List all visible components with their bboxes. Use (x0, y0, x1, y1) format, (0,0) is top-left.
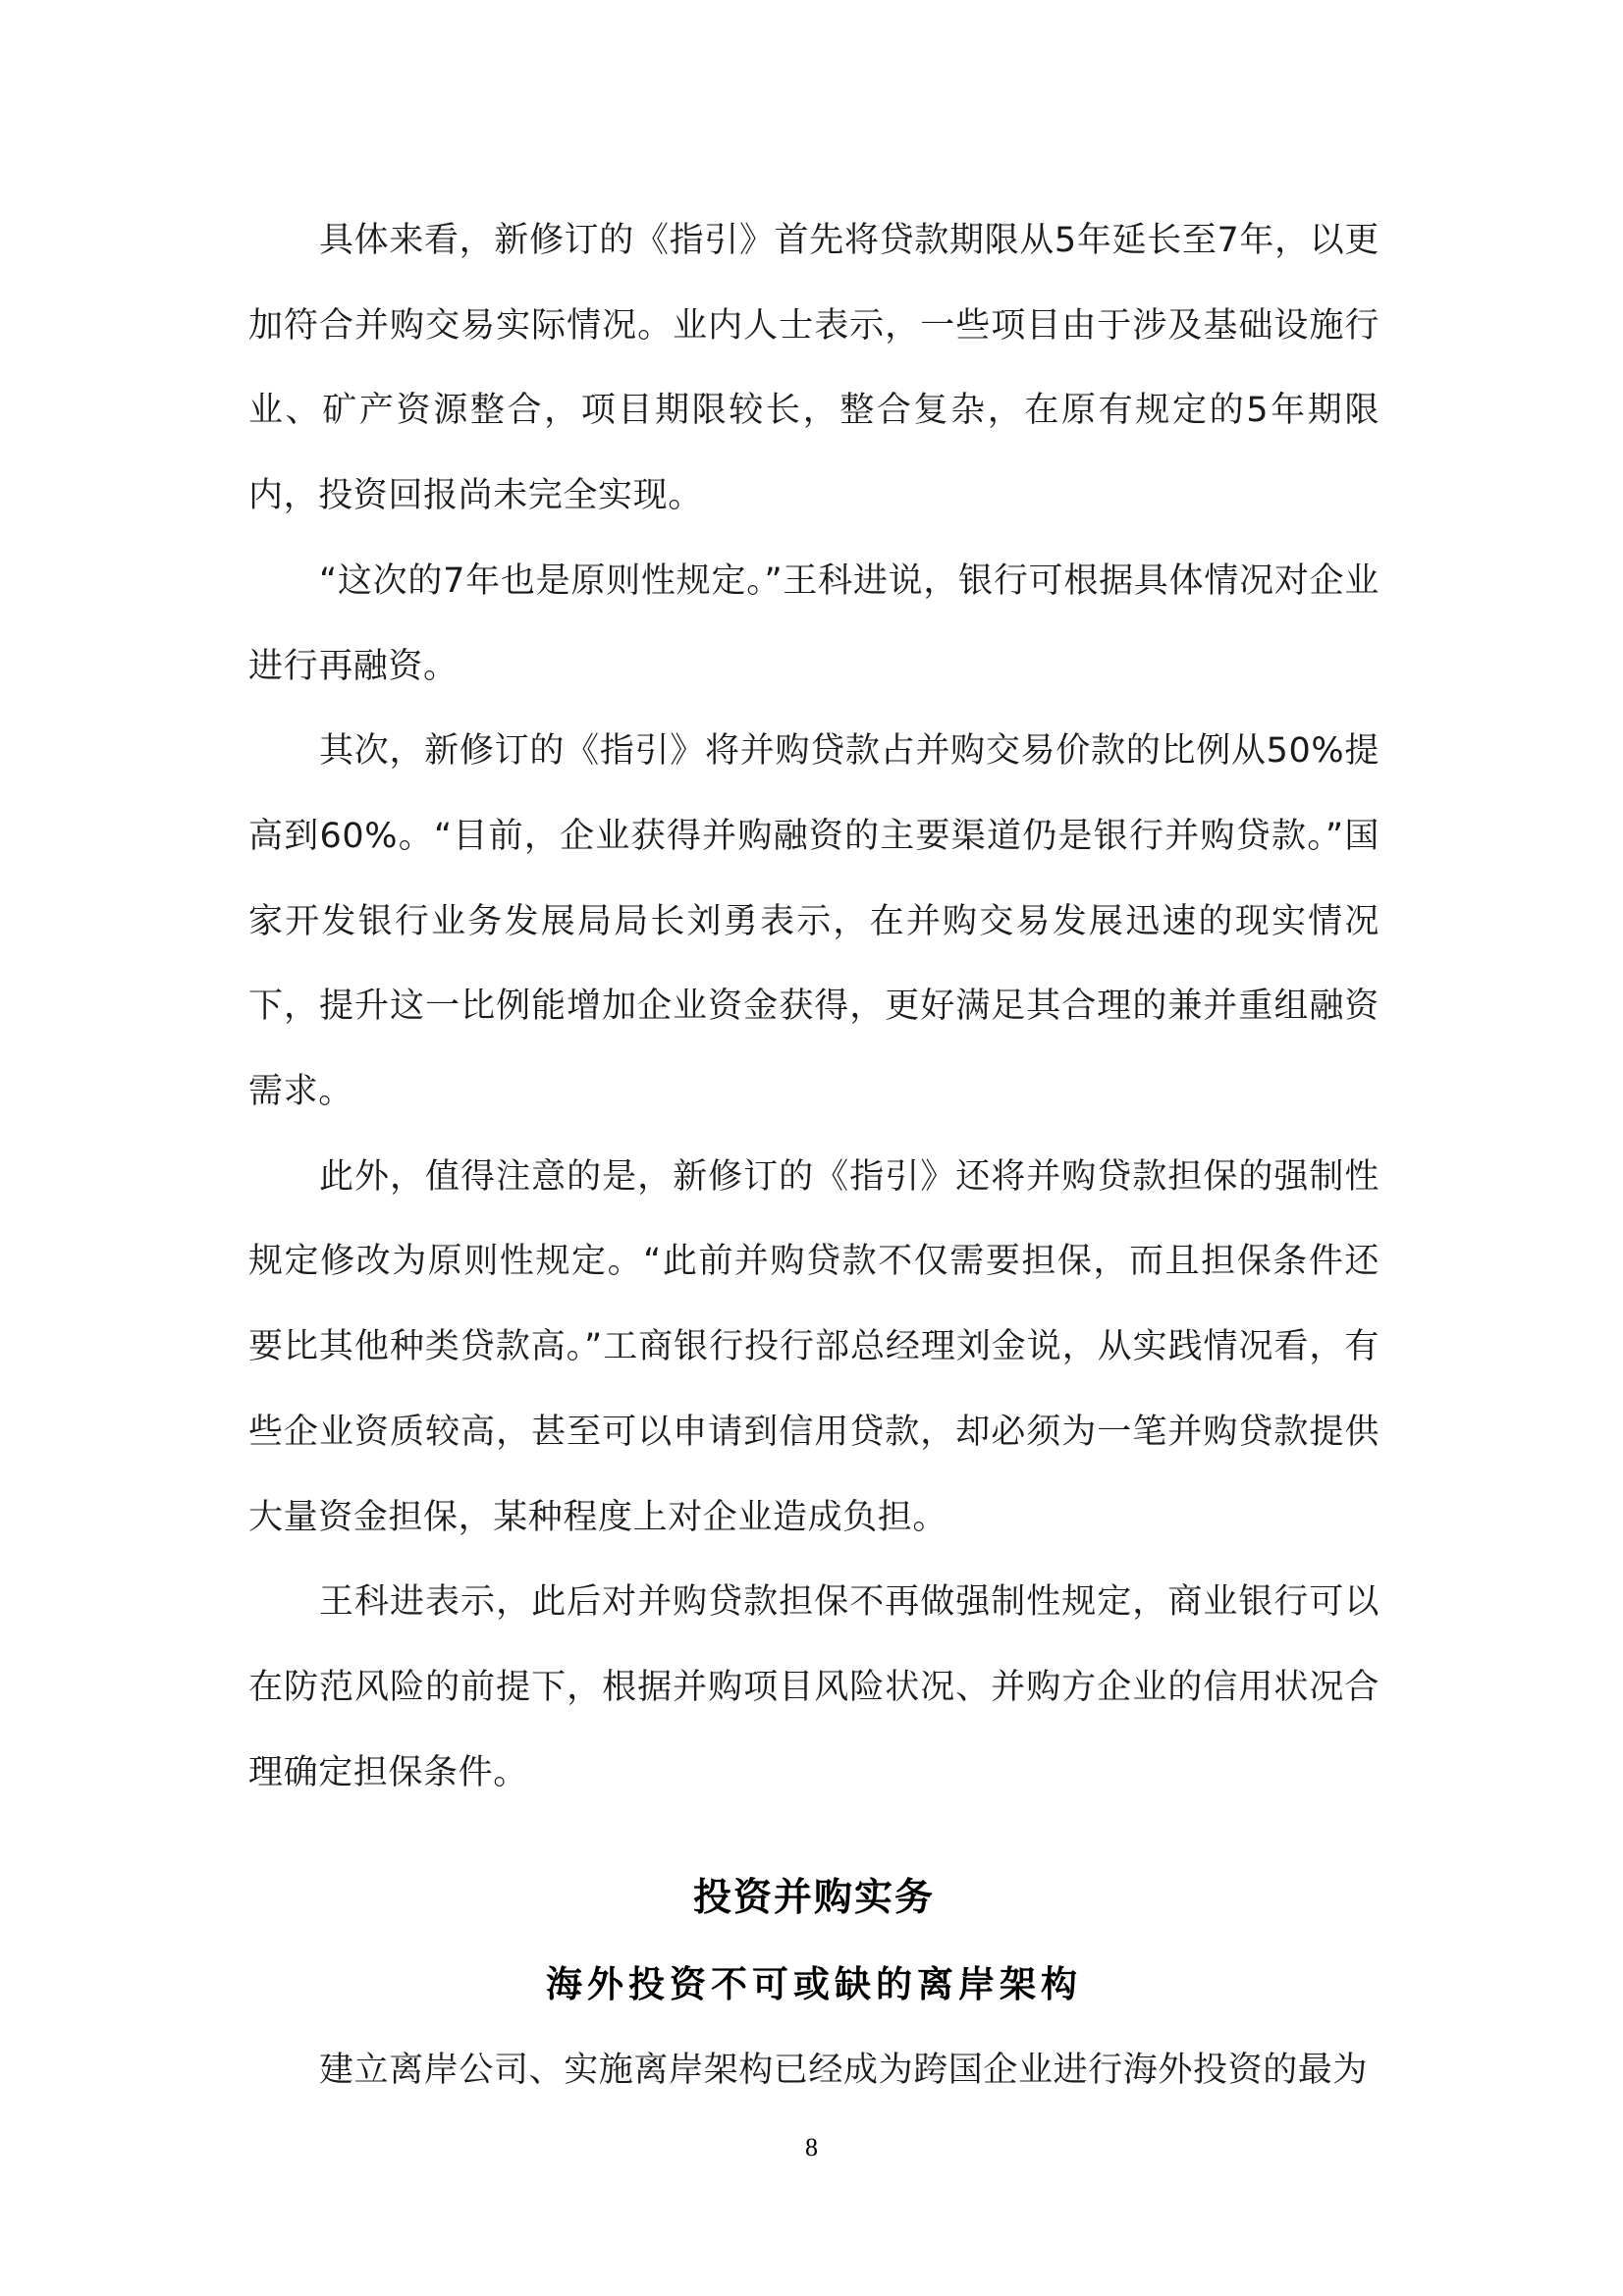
article-intro: 建立离岸公司、实施离岸架构已经成为跨国企业进行海外投资的最为 (248, 2028, 1380, 2113)
article-body: 具体来看，新修订的《指引》首先将贷款期限从5年延长至7年，以更加符合并购交易实际… (248, 198, 1380, 1815)
paragraph-guarantee: 此外，值得注意的是，新修订的《指引》还将并购贷款担保的强制性规定修改为原则性规定… (248, 1135, 1380, 1561)
paragraph-loan-term: 具体来看，新修订的《指引》首先将贷款期限从5年延长至7年，以更加符合并购交易实际… (248, 198, 1380, 539)
section-heading: 投资并购实务 (248, 1867, 1380, 1930)
paragraph-offshore-intro: 建立离岸公司、实施离岸架构已经成为跨国企业进行海外投资的最为 (248, 2028, 1380, 2113)
page-number: 8 (0, 2132, 1623, 2163)
paragraph-quote-wang: “这次的7年也是原则性规定。”王科进说，银行可根据具体情况对企业进行再融资。 (248, 539, 1380, 709)
document-page: 具体来看，新修订的《指引》首先将贷款期限从5年延长至7年，以更加符合并购交易实际… (0, 0, 1623, 2296)
article-title: 海外投资不可或缺的离岸架构 (248, 1957, 1380, 2012)
paragraph-loan-ratio: 其次，新修订的《指引》将并购贷款占并购交易价款的比例从50%提高到60%。“目前… (248, 709, 1380, 1135)
paragraph-guarantee-conditions: 王科进表示，此后对并购贷款担保不再做强制性规定，商业银行可以在防范风险的前提下，… (248, 1560, 1380, 1815)
